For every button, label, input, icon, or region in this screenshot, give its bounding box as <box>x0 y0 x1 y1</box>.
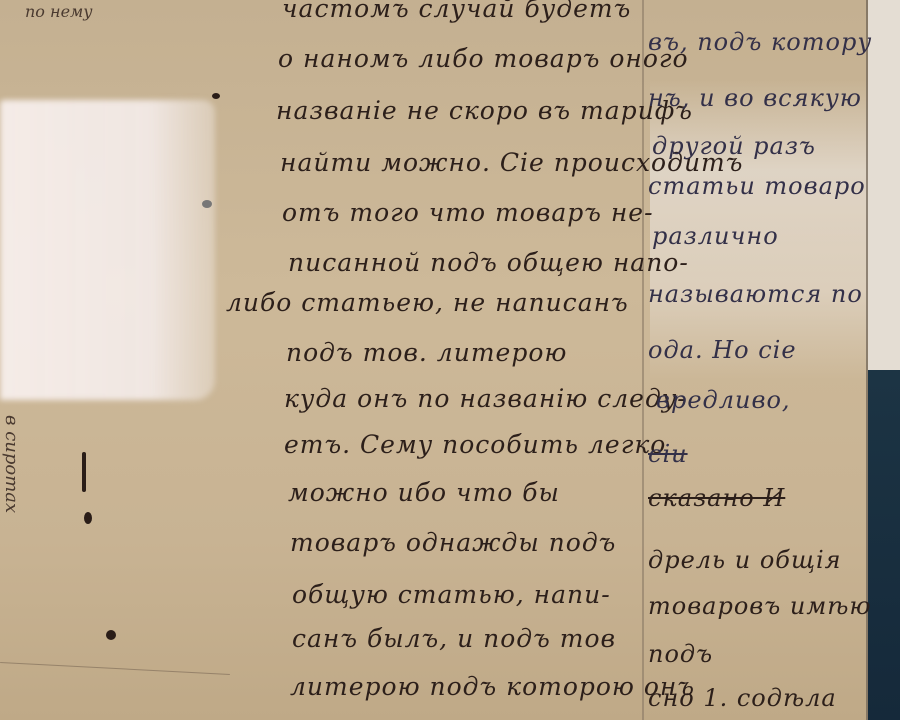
main-line: писанной подъ общею напо- <box>288 248 689 277</box>
main-line: отъ того что товаръ не- <box>282 198 654 227</box>
main-line: либо статьею, не написанъ <box>226 288 629 317</box>
main-line: куда онъ по названію следу- <box>284 384 687 413</box>
right-line-struck: сказано И <box>648 484 785 512</box>
right-line: статьи товаро <box>648 172 866 200</box>
main-line: частомъ случай будетъ <box>282 0 631 23</box>
main-line: етъ. Сему пособить легко <box>284 430 666 459</box>
right-line: сно 1. содѣла <box>648 684 837 712</box>
manuscript-page: по нему в сиротах частомъ случай будетъ … <box>0 0 900 720</box>
right-line-struck: сіи <box>648 440 688 468</box>
glass-reflection <box>0 100 215 400</box>
right-line: товаровъ имѣю <box>648 592 872 620</box>
margin-note-vertical: в сиротах <box>1 415 22 513</box>
ink-blot <box>84 512 92 524</box>
main-line: подъ тов. литерою <box>286 338 567 367</box>
right-line: нъ, и во всякую <box>648 84 862 112</box>
frame-light-strip <box>868 0 900 370</box>
main-line: санъ былъ, и подъ тов <box>292 624 616 653</box>
ruled-line <box>0 662 230 675</box>
main-line: литерою подъ которою онъ <box>290 672 695 701</box>
ink-blot <box>212 93 220 99</box>
frame-dark-strip <box>868 370 900 720</box>
right-line: называются по <box>648 280 863 308</box>
right-line: въ, подъ котору <box>648 28 872 56</box>
ink-blot <box>202 200 212 208</box>
right-line: другой разъ <box>652 132 816 160</box>
right-line: дрель и общія <box>648 546 842 574</box>
right-line: ода. Но сіе <box>648 336 797 364</box>
margin-note-top: по нему <box>25 2 93 21</box>
right-line: различно <box>652 222 779 250</box>
main-line: можно ибо что бы <box>288 478 560 507</box>
main-line: названіе не скоро въ тарифъ <box>276 96 693 125</box>
right-line: подъ <box>648 640 713 668</box>
ink-stroke <box>82 452 86 492</box>
right-line: вредливо, <box>656 386 791 414</box>
main-line: товаръ однажды подъ <box>290 528 616 557</box>
main-line: общую статью, напи- <box>292 580 611 609</box>
ink-blot <box>106 630 116 640</box>
main-line: о наномъ либо товаръ оного <box>278 44 689 73</box>
